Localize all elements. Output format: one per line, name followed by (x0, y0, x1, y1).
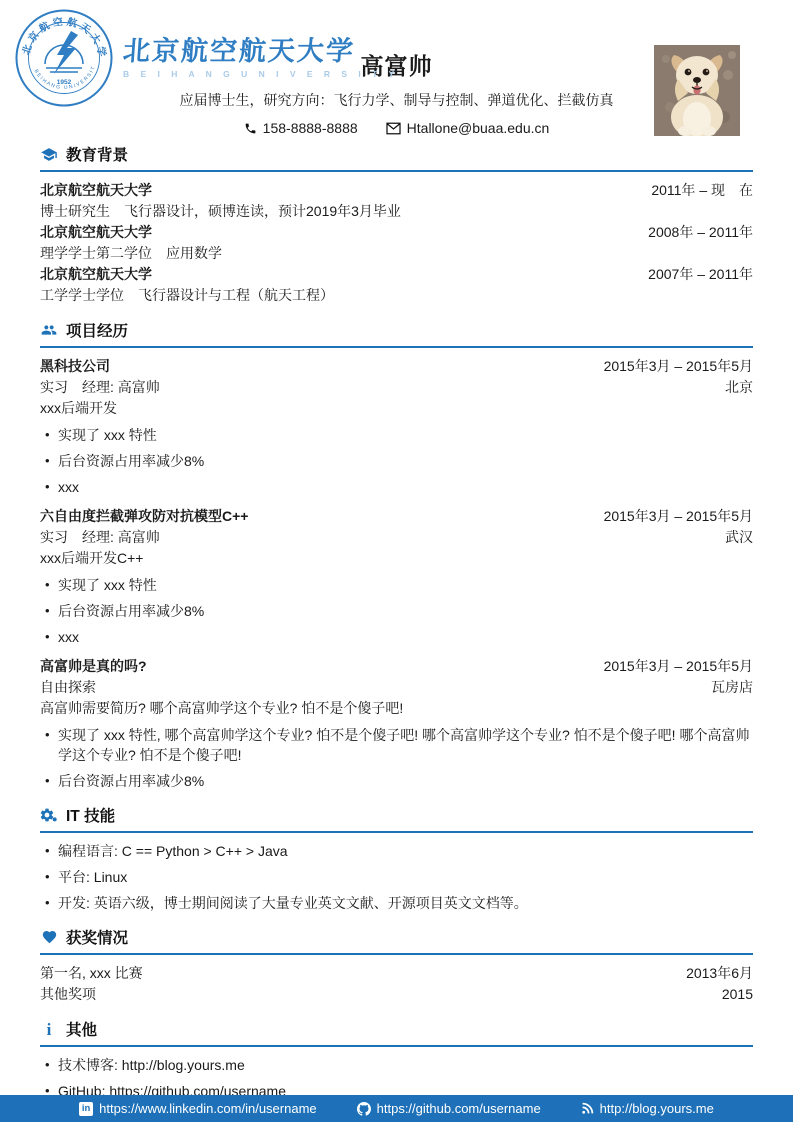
github-url: https://github.com/username (377, 1101, 541, 1116)
project-role-row: 实习 经理: 高富帅 武汉 (40, 527, 753, 548)
award-name: 第一名, xxx 比赛 (40, 963, 143, 984)
footer-blog-link[interactable]: http://blog.yours.me (581, 1101, 714, 1116)
skill-item: 平台: Linux (58, 867, 753, 887)
award-row: 其他奖项 2015 (40, 984, 753, 1005)
section-awards: 获奖情况 第一名, xxx 比赛 2013年6月 其他奖项 2015 (40, 926, 753, 1005)
project-bullet: 实现了 xxx 特性 (58, 425, 753, 445)
section-projects: 项目经历 黑科技公司 2015年3月 – 2015年5月 实习 经理: 高富帅 … (40, 319, 753, 791)
project-role: 实习 经理: 高富帅 (40, 377, 160, 398)
education-title: 教育背景 (66, 143, 128, 165)
project-entry: 黑科技公司 2015年3月 – 2015年5月 实习 经理: 高富帅 北京 xx… (40, 356, 753, 497)
project-bullet: 后台资源占用率减少8% (58, 451, 753, 471)
project-bullet: 后台资源占用率减少8% (58, 601, 753, 621)
project-bullet-list: 实现了 xxx 特性 后台资源占用率减少8% xxx (40, 575, 753, 647)
project-location: 北京 (725, 377, 753, 398)
other-title: 其他 (66, 1018, 97, 1040)
education-row: 北京航空航天大学 2008年 – 2011年 (40, 222, 753, 243)
skills-list: 编程语言: C == Python > C++ > Java 平台: Linux… (40, 841, 753, 913)
project-bullet: xxx (58, 627, 753, 647)
school-name: 北京航空航天大学 (40, 222, 152, 243)
project-role: 自由探索 (40, 677, 96, 698)
project-summary: 高富帅需要简历? 哪个高富帅学这个专业? 怕不是个傻子吧! (40, 698, 753, 719)
award-date: 2013年6月 (686, 963, 753, 984)
education-dates: 2007年 – 2011年 (648, 264, 753, 285)
awards-title: 获奖情况 (66, 926, 128, 948)
university-seal-icon: 北京航空航天大学 BEIHANG UNIVERSITY 1952 (14, 8, 114, 108)
envelope-icon (386, 122, 401, 135)
university-logo: 北京航空航天大学 BEIHANG UNIVERSITY 1952 北京航空航天大… (14, 8, 399, 108)
project-role-row: 自由探索 瓦房店 (40, 677, 753, 698)
projects-heading: 项目经历 (40, 319, 753, 348)
project-dates: 2015年3月 – 2015年5月 (604, 506, 753, 527)
skill-item: 开发: 英语六级，博士期间阅读了大量专业英文文献、开源项目英文文档等。 (58, 893, 753, 913)
skills-heading: IT 技能 (40, 804, 753, 833)
university-name-en: B E I H A N G U N I V E R S I T Y (123, 69, 399, 79)
education-dates: 2011年 – 现 在 (651, 180, 753, 201)
project-bullet-list: 实现了 xxx 特性 后台资源占用率减少8% xxx (40, 425, 753, 497)
other-item: 技术博客: http://blog.yours.me (58, 1055, 753, 1075)
gears-icon (40, 807, 58, 824)
education-desc: 工学学士学位 飞行器设计与工程（航天工程） (40, 285, 753, 306)
project-role: 实习 经理: 高富帅 (40, 527, 160, 548)
education-desc: 理学学士第二学位 应用数学 (40, 243, 753, 264)
project-entry: 六自由度拦截弹攻防对抗模型C++ 2015年3月 – 2015年5月 实习 经理… (40, 506, 753, 647)
education-heading: 教育背景 (40, 143, 753, 172)
github-icon (357, 1102, 371, 1116)
section-skills: IT 技能 编程语言: C == Python > C++ > Java 平台:… (40, 804, 753, 913)
project-dates: 2015年3月 – 2015年5月 (604, 356, 753, 377)
project-bullet: 实现了 xxx 特性 (58, 575, 753, 595)
award-date: 2015 (722, 984, 753, 1005)
project-entry: 高富帅是真的吗? 2015年3月 – 2015年5月 自由探索 瓦房店 高富帅需… (40, 656, 753, 791)
project-header-row: 高富帅是真的吗? 2015年3月 – 2015年5月 (40, 656, 753, 677)
project-name: 六自由度拦截弹攻防对抗模型C++ (40, 506, 248, 527)
project-bullet-list: 实现了 xxx 特性, 哪个高富帅学这个专业? 怕不是个傻子吧! 哪个高富帅学这… (40, 725, 753, 791)
education-desc: 博士研究生 飞行器设计，硕博连读，预计2019年3月毕业 (40, 201, 753, 222)
project-bullet: xxx (58, 477, 753, 497)
award-row: 第一名, xxx 比赛 2013年6月 (40, 963, 753, 984)
projects-title: 项目经历 (66, 319, 128, 341)
svg-text:1952: 1952 (57, 79, 72, 86)
other-heading: i 其他 (40, 1018, 753, 1047)
education-row: 北京航空航天大学 2007年 – 2011年 (40, 264, 753, 285)
project-name: 黑科技公司 (40, 356, 110, 377)
profile-photo (654, 45, 740, 136)
project-location: 武汉 (725, 527, 753, 548)
project-dates: 2015年3月 – 2015年5月 (604, 656, 753, 677)
rss-icon (581, 1102, 594, 1115)
email-address: Htallone@buaa.edu.cn (407, 120, 550, 136)
project-bullet: 后台资源占用率减少8% (58, 771, 753, 791)
project-summary: xxx后端开发C++ (40, 548, 753, 569)
email-item: Htallone@buaa.edu.cn (386, 120, 550, 136)
project-location: 瓦房店 (711, 677, 753, 698)
footer-github-link[interactable]: https://github.com/username (357, 1101, 541, 1116)
section-education: 教育背景 北京航空航天大学 2011年 – 现 在 博士研究生 飞行器设计，硕博… (40, 143, 753, 306)
linkedin-icon: in (79, 1102, 93, 1116)
education-row: 北京航空航天大学 2011年 – 现 在 (40, 180, 753, 201)
project-header-row: 黑科技公司 2015年3月 – 2015年5月 (40, 356, 753, 377)
header: 北京航空航天大学 BEIHANG UNIVERSITY 1952 北京航空航天大… (0, 0, 793, 130)
awards-heading: 获奖情况 (40, 926, 753, 955)
phone-item: 158-8888-8888 (244, 120, 358, 136)
resume-body: 教育背景 北京航空航天大学 2011年 – 现 在 博士研究生 飞行器设计，硕博… (0, 143, 793, 1122)
project-bullet: 实现了 xxx 特性, 哪个高富帅学这个专业? 怕不是个傻子吧! 哪个高富帅学这… (58, 725, 753, 765)
footer-linkedin-link[interactable]: in https://www.linkedin.com/in/username (79, 1101, 316, 1116)
dog-photo-illustration (654, 45, 740, 136)
university-name-zh: 北京航空航天大学 (122, 37, 400, 67)
school-name: 北京航空航天大学 (40, 264, 152, 285)
skill-item: 编程语言: C == Python > C++ > Java (58, 841, 753, 861)
blog-url: http://blog.yours.me (600, 1101, 714, 1116)
linkedin-url: https://www.linkedin.com/in/username (99, 1101, 316, 1116)
footer-bar: in https://www.linkedin.com/in/username … (0, 1095, 793, 1122)
info-icon: i (40, 1021, 58, 1038)
skills-title: IT 技能 (66, 804, 115, 826)
phone-icon (244, 122, 257, 135)
project-summary: xxx后端开发 (40, 398, 753, 419)
education-dates: 2008年 – 2011年 (648, 222, 753, 243)
resume-page: 北京航空航天大学 BEIHANG UNIVERSITY 1952 北京航空航天大… (0, 0, 793, 1122)
heart-icon (40, 929, 58, 946)
phone-number: 158-8888-8888 (263, 120, 358, 136)
school-name: 北京航空航天大学 (40, 180, 152, 201)
project-role-row: 实习 经理: 高富帅 北京 (40, 377, 753, 398)
university-wordmark: 北京航空航天大学 B E I H A N G U N I V E R S I T… (123, 37, 399, 79)
graduation-cap-icon (40, 146, 58, 163)
project-name: 高富帅是真的吗? (40, 656, 147, 677)
project-header-row: 六自由度拦截弹攻防对抗模型C++ 2015年3月 – 2015年5月 (40, 506, 753, 527)
users-icon (40, 322, 58, 339)
award-name: 其他奖项 (40, 984, 96, 1005)
